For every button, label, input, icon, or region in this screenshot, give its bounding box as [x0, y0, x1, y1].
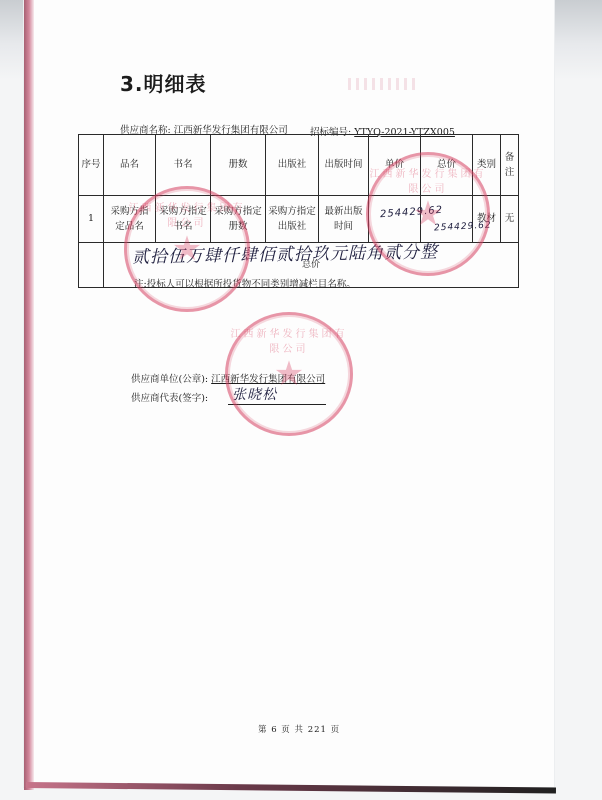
page-number: 第 6 页 共 221 页 [258, 723, 340, 735]
representative-label: 供应商代表(签字): [131, 393, 208, 404]
company-seal-stamp: 江西新华发行集团有限公司 ★ [366, 152, 490, 276]
seal-text: 江西新华发行集团有限公司 [228, 325, 350, 355]
header-cell: 册数 [211, 135, 266, 196]
star-icon: ★ [413, 194, 443, 234]
scan-left-edge [24, 0, 34, 790]
header-cell: 备注 [501, 135, 519, 196]
company-seal-stamp: 江西新华发行集团有限公司 ★ [124, 186, 250, 312]
supplier-unit-label: 供应商单位(公章): [131, 374, 208, 385]
cell-remarks: 无 [501, 196, 519, 243]
header-cell: 品名 [104, 135, 156, 196]
representative-line: 供应商代表(签字): [131, 390, 208, 404]
star-icon: ★ [274, 354, 304, 394]
star-icon: ★ [172, 229, 202, 269]
company-seal-stamp: 江西新华发行集团有限公司 ★ [225, 312, 353, 436]
faint-stamp-mark [348, 78, 418, 90]
total-index-cell [79, 243, 104, 288]
cell-index: 1 [79, 196, 104, 243]
seal-text: 江西新华发行集团有限公司 [127, 199, 247, 229]
header-cell: 出版时间 [319, 135, 369, 196]
header-cell: 序号 [79, 135, 104, 196]
cell-publisher: 采购方指定出版社 [266, 196, 319, 243]
page-title: 3.明细表 [120, 68, 207, 97]
cell-publish-date: 最新出版时间 [319, 196, 369, 243]
seal-text: 江西新华发行集团有限公司 [369, 165, 487, 195]
header-cell: 出版社 [266, 135, 319, 196]
